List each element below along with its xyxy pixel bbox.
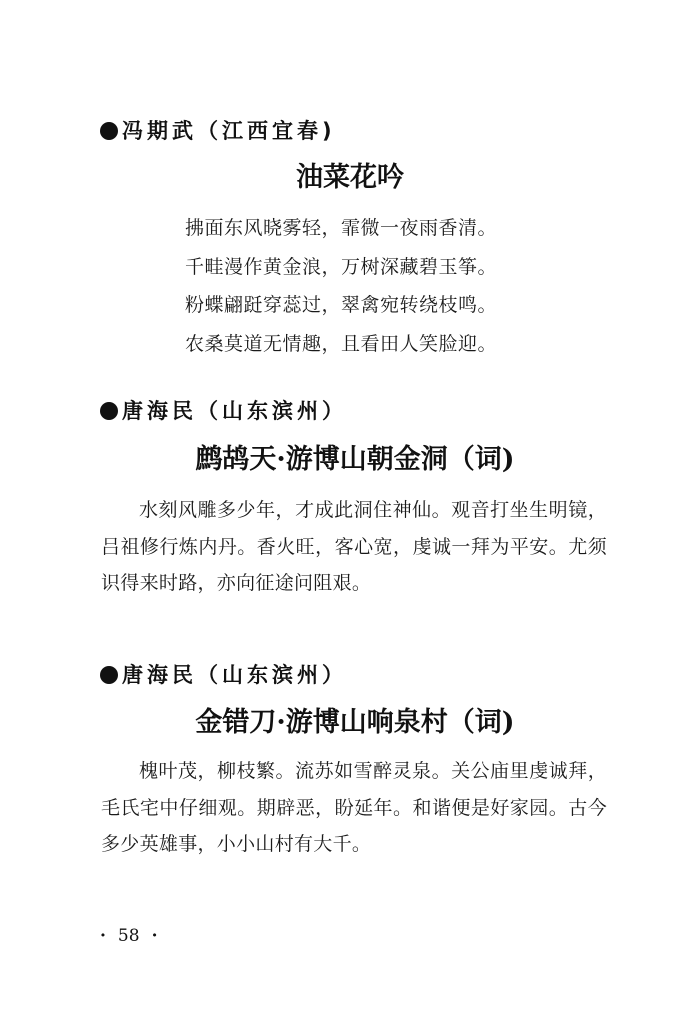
poem-line: 拂面东风晓雾轻，霏微一夜雨香清。 xyxy=(185,209,525,248)
book-page: 冯期武（江西宜春) 油菜花吟 拂面东风晓雾轻，霏微一夜雨香清。 千畦漫作黄金浪，… xyxy=(0,0,700,1013)
author-name: 唐海民（山东滨州） xyxy=(122,663,347,687)
bullet-icon xyxy=(100,122,118,140)
bullet-icon xyxy=(100,402,118,420)
author-line: 唐海民（山东滨州） xyxy=(100,660,347,690)
poem-line: 千畦漫作黄金浪，万树深藏碧玉筝。 xyxy=(185,248,525,287)
poem-line: 粉蝶翩跹穿蕊过，翠禽宛转绕枝鸣。 xyxy=(185,286,525,325)
poem-title: 鹧鸪天·游博山朝金洞（词) xyxy=(5,442,700,478)
page-dot-left: · xyxy=(100,926,106,946)
poem-body: 槐叶茂，柳枝繁。流苏如雪醉灵泉。关公庙里虔诚拜，毛氏宅中仔细观。期辟恶，盼延年。… xyxy=(101,753,607,863)
author-name: 冯期武（江西宜春) xyxy=(122,119,336,143)
page-number: ·58· xyxy=(100,922,169,950)
author-line: 冯期武（江西宜春) xyxy=(100,116,336,146)
poem-body: 拂面东风晓雾轻，霏微一夜雨香清。 千畦漫作黄金浪，万树深藏碧玉筝。 粉蝶翩跹穿蕊… xyxy=(185,209,525,363)
poem-title: 金错刀·游博山响泉村（词) xyxy=(5,705,700,741)
poem-body: 水刻风雕多少年，才成此洞住神仙。观音打坐生明镜，吕祖修行炼内丹。香火旺，客心宽，… xyxy=(101,492,607,602)
page-dot-right: · xyxy=(152,926,158,946)
author-line: 唐海民（山东滨州） xyxy=(100,396,347,426)
author-name: 唐海民（山东滨州） xyxy=(122,399,347,423)
poem-line: 农桑莫道无情趣，且看田人笑脸迎。 xyxy=(185,325,525,364)
bullet-icon xyxy=(100,666,118,684)
poem-title: 油菜花吟 xyxy=(0,160,700,196)
page-number-value: 58 xyxy=(118,926,140,946)
